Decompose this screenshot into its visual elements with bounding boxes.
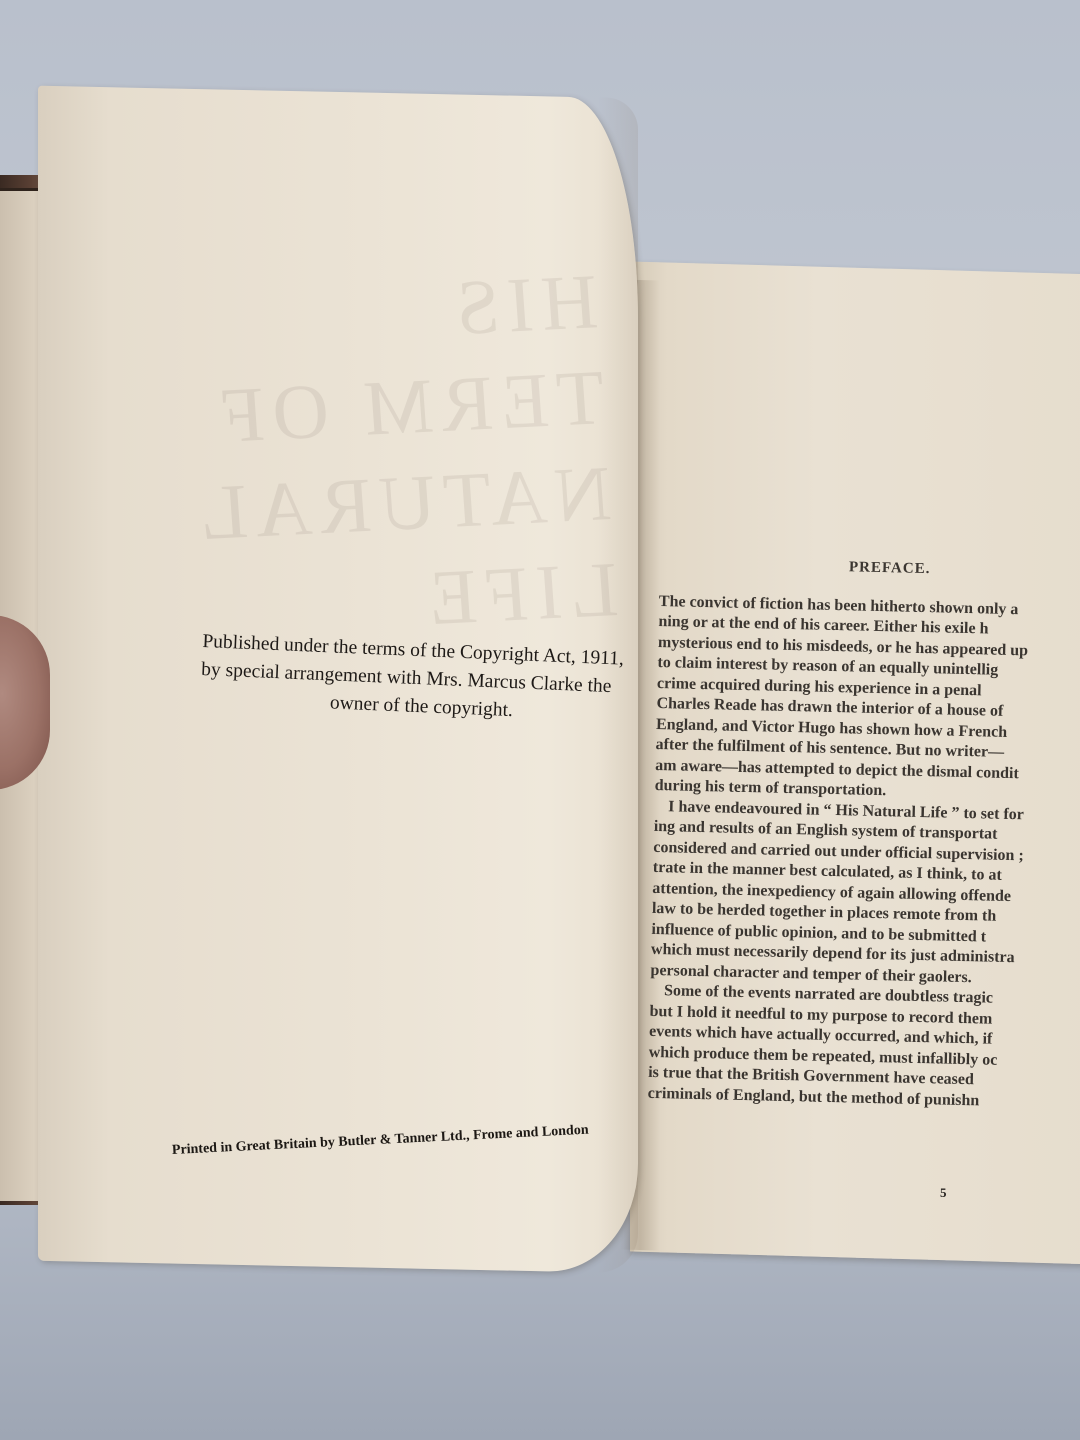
copyright-notice: Published under the terms of the Copyrig… <box>199 628 622 730</box>
preface-text: PREFACE. The convict of fiction has been… <box>647 553 1080 1123</box>
page-number: 5 <box>940 1185 947 1201</box>
book-photo: HIS TERM OF NATURAL LIFE Published under… <box>0 0 1080 1440</box>
show-through-title: HIS TERM OF NATURAL LIFE <box>175 253 621 657</box>
